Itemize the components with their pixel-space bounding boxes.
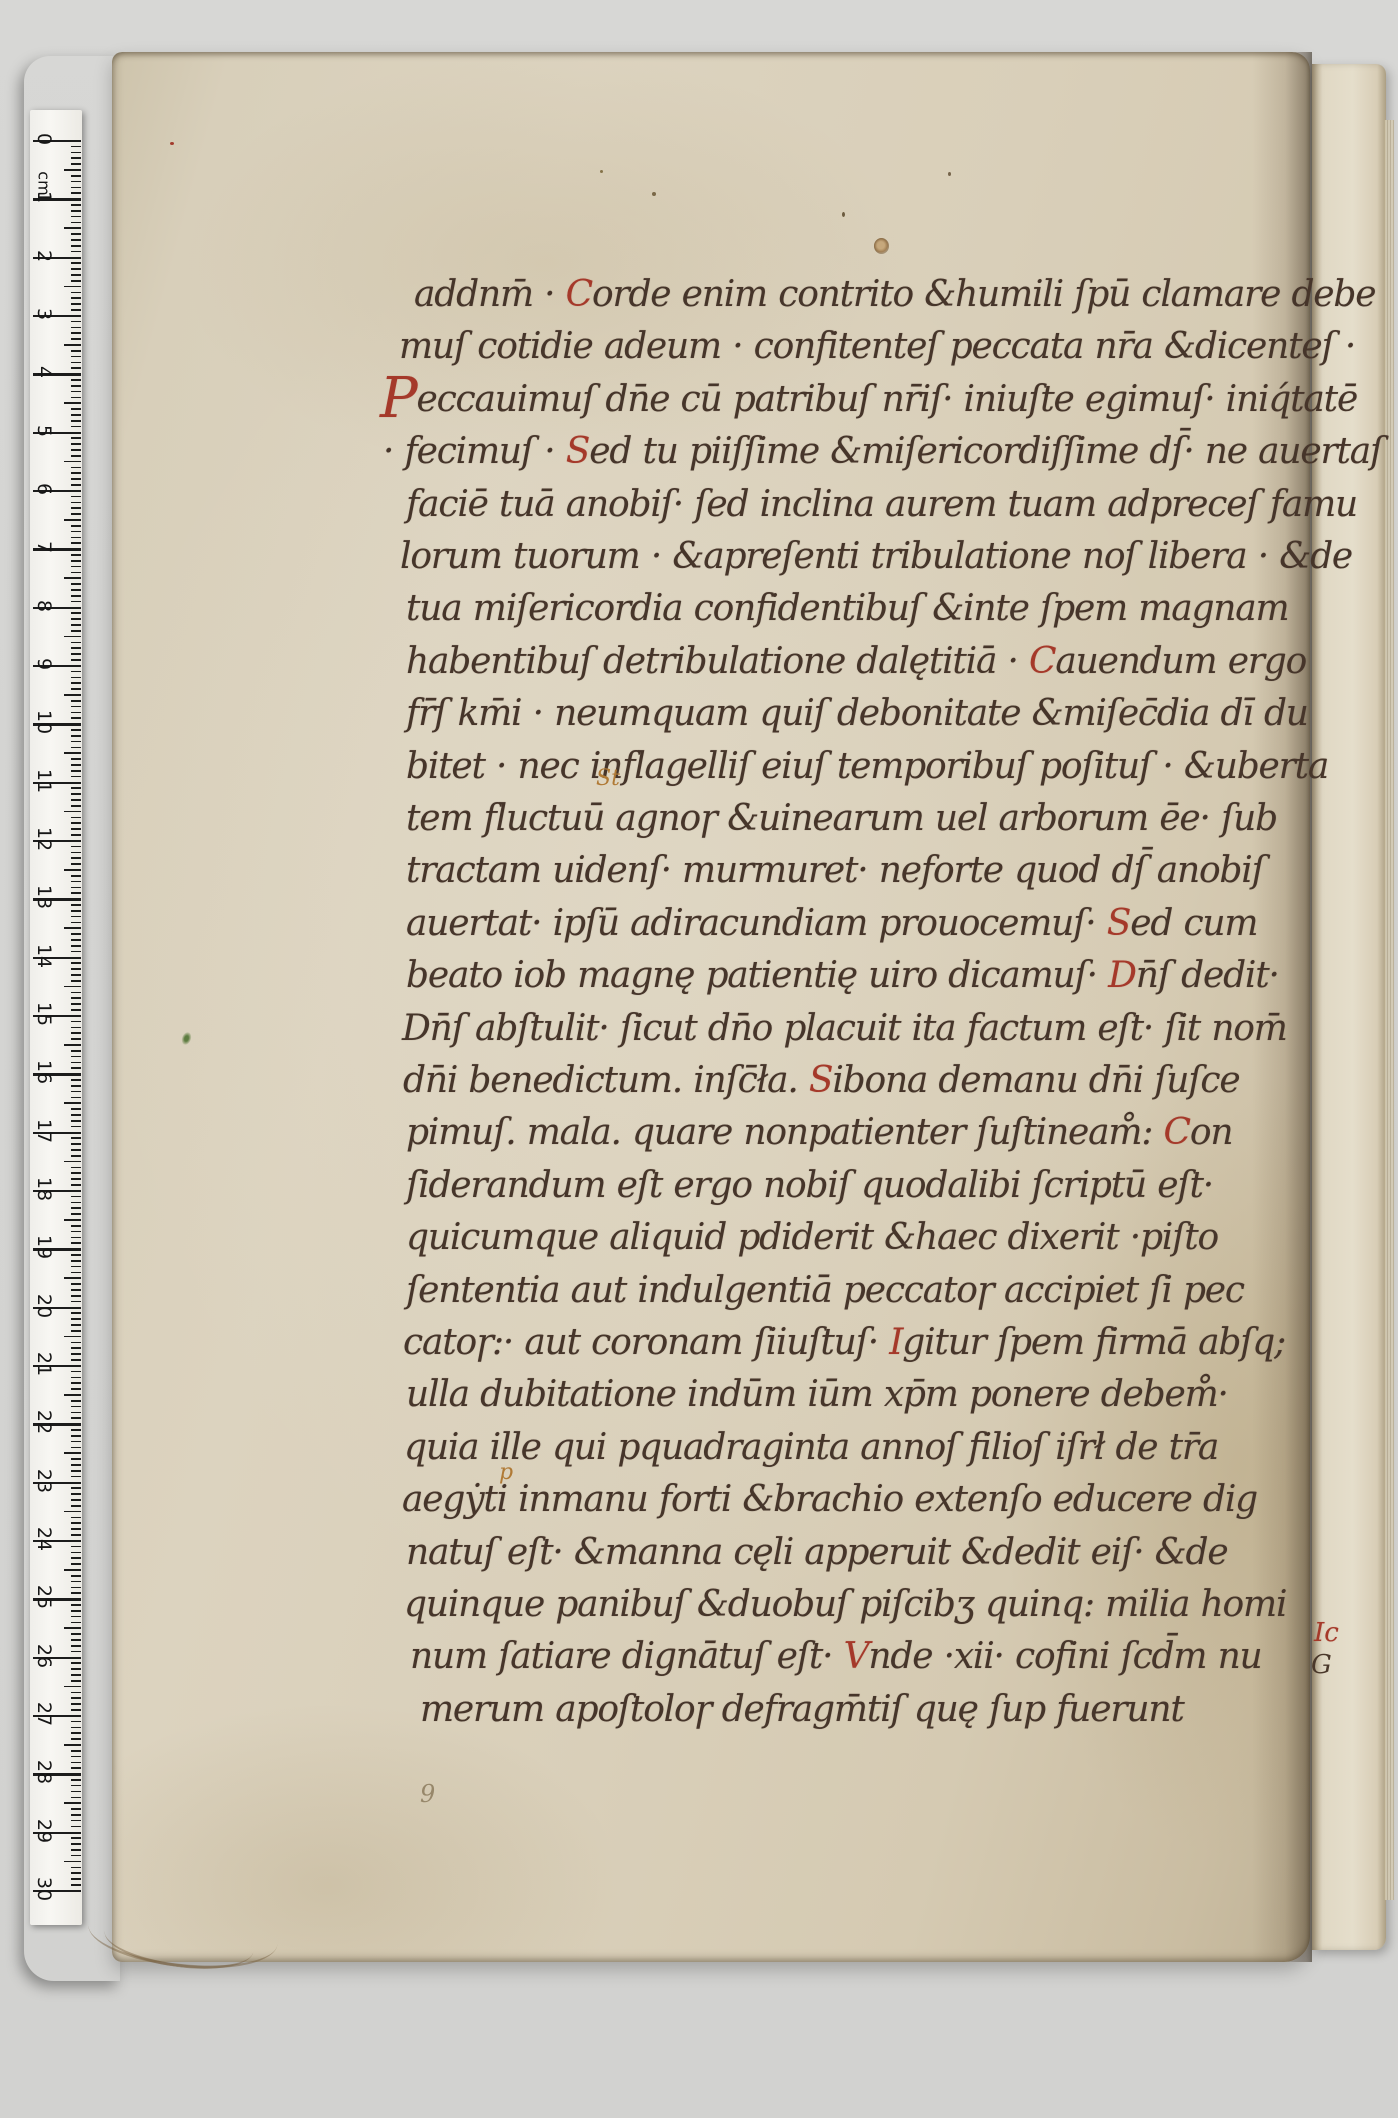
- ruler-tick: [71, 1137, 81, 1139]
- text-segment: lorum tuorum · &apreſenti tribulatione n…: [400, 536, 1352, 577]
- ruler-tick: [71, 764, 81, 766]
- ruler-tick: [71, 1242, 81, 1244]
- rubric-initial: S: [566, 431, 589, 472]
- ruler-tick: [71, 1767, 81, 1769]
- ruler-tick: [64, 811, 81, 813]
- ruler-tick: [71, 1814, 81, 1816]
- ruler-number: 6: [33, 476, 55, 502]
- ruler-tick: [71, 1843, 81, 1845]
- ruler-tick: [71, 595, 81, 597]
- ruler-tick: [71, 933, 81, 935]
- ruler-tick: [64, 636, 81, 638]
- ruler-tick: [71, 1872, 81, 1874]
- ruler-tick: [71, 857, 81, 859]
- rubric-initial: S: [809, 1060, 832, 1101]
- ruler-tick: [71, 1797, 81, 1799]
- ruler-tick: [71, 671, 81, 673]
- ruler-tick: [71, 653, 81, 655]
- ruler-tick: [71, 1458, 81, 1460]
- ruler-number: 23: [33, 1468, 55, 1494]
- ruler-number: 10: [33, 709, 55, 735]
- ruler-tick: [64, 1452, 81, 1454]
- ruler-tick: [71, 1575, 81, 1577]
- ruler-tick: [71, 1592, 81, 1594]
- ruler-tick: [71, 1172, 81, 1174]
- ruler-tick: [71, 1668, 81, 1670]
- ruler-tick: [71, 414, 81, 416]
- ruler-number: 26: [33, 1643, 55, 1669]
- ruler-tick: [71, 1347, 81, 1349]
- ruler-tick: [71, 793, 81, 795]
- manuscript-line: addnm̄ · Corde enim contrito &humili ſpū…: [414, 272, 1375, 318]
- ruler-tick: [71, 1435, 81, 1437]
- ruler-tick: [71, 157, 81, 159]
- ruler-tick: [71, 181, 81, 183]
- ruler-tick: [71, 1779, 81, 1781]
- ruler-tick: [71, 332, 81, 334]
- manuscript-line: quicumque aliquid pdiderit &haec dixerit…: [406, 1215, 1218, 1261]
- ruler-tick: [71, 799, 81, 801]
- manuscript-line: ulla dubitatione indūm iūm xp̄m ponere d…: [406, 1372, 1228, 1418]
- ruler-tick: [71, 572, 81, 574]
- ruler-tick: [71, 881, 81, 883]
- ruler-tick: [64, 344, 81, 346]
- ruler-tick: [64, 577, 81, 579]
- ruler-tick: [71, 1126, 81, 1128]
- ruler-tick: [64, 1861, 81, 1863]
- ruler-tick: [71, 1289, 81, 1291]
- ruler-tick: [71, 513, 81, 515]
- ruler-tick: [71, 210, 81, 212]
- ruler-tick: [71, 583, 81, 585]
- ruler-tick: [71, 1003, 81, 1005]
- ruler-number: 28: [33, 1759, 55, 1785]
- ruler-tick: [71, 1750, 81, 1752]
- rubric-initial: P: [380, 366, 416, 431]
- ruler-tick: [71, 274, 81, 276]
- ruler-tick: [71, 1762, 81, 1764]
- ruler-tick: [71, 338, 81, 340]
- ink-speck: [652, 192, 656, 196]
- ruler-tick: [71, 222, 81, 224]
- ruler-tick: [71, 467, 81, 469]
- ruler-number: 27: [33, 1701, 55, 1727]
- ruler-tick: [71, 1528, 81, 1530]
- ruler-tick: [71, 379, 81, 381]
- ruler-tick: [71, 426, 81, 428]
- text-segment: ibona demanu dn̄i ſuſce: [832, 1060, 1239, 1101]
- ruler-tick: [64, 1744, 81, 1746]
- ruler-tick: [71, 397, 81, 399]
- ruler-tick: [71, 1417, 81, 1419]
- ink-speck: [842, 212, 845, 217]
- ruler-tick: [71, 1808, 81, 1810]
- ruler-tick: [71, 1692, 81, 1694]
- manuscript-line: Peccauimuſ dn̄e cū patribuſ nr̄iſ· iniuſ…: [380, 377, 1357, 423]
- ruler-tick: [71, 1662, 81, 1664]
- wormhole: [874, 238, 889, 254]
- ruler-tick: [71, 624, 81, 626]
- ruler-tick: [71, 455, 81, 457]
- ruler-tick: [71, 834, 81, 836]
- ruler-tick: [71, 478, 81, 480]
- ruler-tick: [71, 1155, 81, 1157]
- ruler-tick: [71, 904, 81, 906]
- ruler-tick: [71, 1476, 81, 1478]
- ink-speck: [600, 170, 603, 173]
- ruler-tick: [64, 1802, 81, 1804]
- ruler-tick: [71, 677, 81, 679]
- manuscript-line: auertat· ipſū adiracundiam prouocemuſ· S…: [406, 901, 1257, 947]
- ruler-tick: [71, 1359, 81, 1361]
- ruler-tick: [71, 1202, 81, 1204]
- ruler-number: 1: [33, 184, 55, 210]
- ruler-tick: [64, 1627, 81, 1629]
- ruler-tick: [71, 1441, 81, 1443]
- ruler-tick: [71, 997, 81, 999]
- ruler-tick: [64, 1102, 81, 1104]
- ruler-tick: [71, 1038, 81, 1040]
- ruler-tick: [71, 1371, 81, 1373]
- text-segment: ed cum: [1130, 903, 1257, 944]
- ruler-tick: [71, 1283, 81, 1285]
- ruler-number: 21: [33, 1351, 55, 1377]
- ruler-tick: [71, 531, 81, 533]
- ruler-number: 0: [33, 126, 55, 152]
- ruler-tick: [71, 187, 81, 189]
- text-segment: ſiderandum eſt ergo nobiſ quodalibi ſcri…: [406, 1165, 1213, 1206]
- ruler-tick: [71, 1738, 81, 1740]
- ruler-tick: [71, 472, 81, 474]
- ruler-tick: [64, 1511, 81, 1513]
- ruler-tick: [71, 776, 81, 778]
- ruler-tick: [71, 1377, 81, 1379]
- ruler-tick: [71, 233, 81, 235]
- ruler-tick: [71, 630, 81, 632]
- ruler-tick: [71, 1522, 81, 1524]
- ruler-tick: [64, 1686, 81, 1688]
- ruler-tick: [71, 1645, 81, 1647]
- ruler-tick: [71, 1114, 81, 1116]
- ruler-tick: [71, 1231, 81, 1233]
- ruler-number: 18: [33, 1176, 55, 1202]
- ruler-tick: [71, 502, 81, 504]
- ruler-tick: [71, 1079, 81, 1081]
- ruler-tick: [71, 1546, 81, 1548]
- ruler-tick: [71, 706, 81, 708]
- manuscript-line: quia ille qui pquadraginta annoſ filioſ …: [404, 1425, 1218, 1471]
- ruler-number: 14: [33, 943, 55, 969]
- ruler-tick: [71, 362, 81, 364]
- manuscript-photo: cm 0123456789101112131415161718192021222…: [0, 0, 1398, 2118]
- ruler-number: 7: [33, 534, 55, 560]
- ruler-tick: [71, 968, 81, 970]
- ruler-tick: [71, 280, 81, 282]
- ruler-tick: [71, 1056, 81, 1058]
- text-segment: eccauimuſ dn̄e cū patribuſ nr̄iſ· iniuſt…: [416, 379, 1357, 420]
- ruler-tick: [71, 1721, 81, 1723]
- ruler-tick: [71, 1062, 81, 1064]
- ruler-tick: [71, 980, 81, 982]
- ruler-tick: [71, 992, 81, 994]
- manuscript-line: tractam uidenſ· murmuret· neforte quod d…: [406, 848, 1264, 894]
- ruler-tick: [71, 262, 81, 264]
- ink-speck: [948, 172, 951, 176]
- ruler-tick: [71, 449, 81, 451]
- ruler-tick: [71, 1604, 81, 1606]
- text-segment: bitet · nec inflagelliſ eiuſ temporibuſ …: [406, 746, 1328, 787]
- text-segment: orde enim contrito &humili ſpū clamare d…: [592, 274, 1375, 315]
- ruler-tick: [71, 642, 81, 644]
- ruler-tick: [71, 1534, 81, 1536]
- ruler-tick: [71, 1342, 81, 1344]
- ruler-tick: [71, 566, 81, 568]
- ruler-tick: [71, 747, 81, 749]
- ruler-tick: [71, 1266, 81, 1268]
- facing-page-text-fragment: G: [1311, 1650, 1332, 1680]
- marginal-mark: 9: [420, 1780, 435, 1808]
- ruler-tick: [71, 175, 81, 177]
- ruler-tick: [71, 1260, 81, 1262]
- interlinear-gloss: p: [499, 1460, 513, 1485]
- ruler-number: 20: [33, 1293, 55, 1319]
- manuscript-line: beato iob magnę patientię uiro dicamuſ· …: [406, 953, 1279, 999]
- ruler-tick: [71, 350, 81, 352]
- text-segment: gitur ſpem firmā abſq;: [902, 1322, 1285, 1363]
- ruler-tick: [71, 239, 81, 241]
- ruler-tick: [71, 1032, 81, 1034]
- ruler-tick: [71, 1330, 81, 1332]
- ruler-tick: [71, 537, 81, 539]
- text-segment: natuſ eſt· &manna cęli apperuit &dedit e…: [406, 1532, 1227, 1573]
- text-segment: habentibuſ detribulatione dalętitiā ·: [406, 641, 1029, 682]
- ruler-tick: [71, 712, 81, 714]
- ruler-number: 22: [33, 1409, 55, 1435]
- ruler-tick: [71, 1301, 81, 1303]
- ruler-tick: [71, 1709, 81, 1711]
- ruler-tick: [71, 309, 81, 311]
- text-segment: dn̄i benedictum. inſc̄ła.: [403, 1060, 809, 1101]
- ruler-tick: [71, 297, 81, 299]
- manuscript-line: natuſ eſt· &manna cęli apperuit &dedit e…: [406, 1530, 1227, 1576]
- ruler-tick: [71, 321, 81, 323]
- text-segment: tem fluctuū agnoɼ &uinearum uel arborum …: [406, 798, 1277, 839]
- ruler-tick: [71, 292, 81, 294]
- ruler-tick: [64, 402, 81, 404]
- ruler-tick: [71, 1727, 81, 1729]
- ruler-tick: [71, 892, 81, 894]
- text-segment: ſententia aut indulgentiā peccatoɼ accip…: [406, 1270, 1244, 1311]
- text-segment: · fecimuſ ·: [383, 431, 566, 472]
- ruler-tick: [71, 1464, 81, 1466]
- rubric-initial: C: [1029, 641, 1055, 682]
- text-segment: quicumque aliquid pdiderit &haec dixerit…: [406, 1217, 1218, 1258]
- text-segment: beato iob magnę patientię uiro dicamuſ·: [406, 955, 1108, 996]
- ruler-number: 17: [33, 1118, 55, 1144]
- ruler-tick: [71, 1785, 81, 1787]
- ruler-tick: [71, 887, 81, 889]
- ruler-tick: [71, 659, 81, 661]
- ruler-tick: [71, 560, 81, 562]
- ruler-tick: [71, 245, 81, 247]
- ruler-tick: [71, 1505, 81, 1507]
- ruler-tick: [71, 1517, 81, 1519]
- ruler-tick: [71, 1855, 81, 1857]
- ruler-tick: [71, 391, 81, 393]
- ruler-number: 16: [33, 1059, 55, 1085]
- manuscript-line: faciē tuā anobiſ· ſed inclina aurem tuam…: [406, 482, 1357, 528]
- ruler-tick: [71, 251, 81, 253]
- ruler-tick: [71, 1067, 81, 1069]
- ruler-tick: [64, 694, 81, 696]
- rubric-initial: I: [889, 1322, 902, 1363]
- ruler-tick: [71, 700, 81, 702]
- text-segment: tractam uidenſ· murmuret· neforte quod d…: [406, 850, 1264, 891]
- ruler-tick: [64, 1277, 81, 1279]
- manuscript-line: quinque panibuſ &duobuſ piſcibʒ quinq: m…: [404, 1582, 1286, 1628]
- ruler-tick: [71, 1552, 81, 1554]
- rubric-initial: D: [1108, 955, 1136, 996]
- text-segment: ed tu piiſſime &miſericordiſſime dſ̄· ne…: [589, 431, 1382, 472]
- ruler-tick: [71, 817, 81, 819]
- text-segment: fr̄ſ km̄i · neumquam quiſ debonitate &mi…: [406, 693, 1308, 734]
- ruler-tick: [71, 204, 81, 206]
- ruler-tick: [71, 1237, 81, 1239]
- ruler-tick: [71, 1581, 81, 1583]
- ruler-tick: [71, 682, 81, 684]
- ruler-tick: [71, 1085, 81, 1087]
- ruler-tick: [71, 1732, 81, 1734]
- text-segment: catoɼ:· aut coronam ſiiuſtuſ·: [403, 1322, 889, 1363]
- ruler-tick: [64, 986, 81, 988]
- manuscript-line: Dn̄ſ abſtulit· ſicut dn̄o placuit ita fa…: [402, 1006, 1287, 1052]
- manuscript-line: pimuſ. mala. quare nonpatienter ſuſtinea…: [406, 1110, 1232, 1156]
- ruler-tick: [71, 1021, 81, 1023]
- ruler-tick: [71, 846, 81, 848]
- ruler-tick: [64, 927, 81, 929]
- ruler-tick: [71, 1225, 81, 1227]
- ruler-tick: [71, 863, 81, 865]
- ruler-tick: [71, 268, 81, 270]
- text-segment: tua miſericordia confidentibuſ &inte ſpe…: [406, 588, 1289, 629]
- ruler-tick: [71, 1820, 81, 1822]
- manuscript-line: fr̄ſ km̄i · neumquam quiſ debonitate &mi…: [406, 691, 1308, 737]
- ruler-tick: [71, 1178, 81, 1180]
- ruler: cm 0123456789101112131415161718192021222…: [30, 110, 82, 1925]
- ruler-number: 2: [33, 243, 55, 269]
- manuscript-line: aegẏti inmanu forti &brachio extenſo edu…: [402, 1477, 1257, 1523]
- ruler-tick: [71, 939, 81, 941]
- text-segment: nde ·xii· cofini ſcd̄m nu: [868, 1636, 1261, 1677]
- text-segment: merum apoſtoloɼ defragm̄tiſ quę ſup fuer…: [420, 1689, 1184, 1730]
- ruler-tick: [71, 1610, 81, 1612]
- ruler-tick: [71, 770, 81, 772]
- rubric-initial: V: [844, 1636, 869, 1677]
- ruler-tick: [71, 1826, 81, 1828]
- ruler-tick: [71, 496, 81, 498]
- ruler-tick: [71, 303, 81, 305]
- ruler-tick: [71, 1149, 81, 1151]
- ruler-tick: [71, 367, 81, 369]
- ruler-tick: [71, 828, 81, 830]
- ruler-tick: [64, 169, 81, 171]
- red-speck: [170, 142, 174, 145]
- ruler-tick: [71, 1651, 81, 1653]
- ruler-tick: [71, 1167, 81, 1169]
- text-segment: n̄ſ dedit·: [1136, 955, 1279, 996]
- ruler-tick: [64, 1219, 81, 1221]
- text-segment: auendum ergo: [1055, 641, 1306, 682]
- manuscript-line: lorum tuorum · &apreſenti tribulatione n…: [400, 534, 1352, 580]
- ruler-tick: [71, 758, 81, 760]
- ruler-number: 15: [33, 1001, 55, 1027]
- ruler-tick: [71, 1382, 81, 1384]
- ruler-tick: [71, 1878, 81, 1880]
- ruler-tick: [71, 1756, 81, 1758]
- ruler-number: 29: [33, 1818, 55, 1844]
- interlinear-gloss: St: [596, 766, 620, 791]
- text-segment: Dn̄ſ abſtulit· ſicut dn̄o placuit ita fa…: [402, 1008, 1287, 1049]
- ruler-tick: [71, 525, 81, 527]
- ruler-tick: [71, 805, 81, 807]
- ruler-tick: [71, 1884, 81, 1886]
- ruler-tick: [71, 647, 81, 649]
- ruler-tick: [64, 227, 81, 229]
- ruler-tick: [71, 1849, 81, 1851]
- fore-edge-pages: [1384, 120, 1394, 1900]
- manuscript-line: num ſatiare dignātuſ eſt· Vnde ·xii· cof…: [410, 1634, 1262, 1680]
- ruler-tick: [64, 752, 81, 754]
- ruler-tick: [71, 1674, 81, 1676]
- ruler-tick: [71, 852, 81, 854]
- ruler-tick: [71, 507, 81, 509]
- ruler-tick: [71, 1622, 81, 1624]
- rubric-initial: C: [1164, 1112, 1190, 1153]
- ruler-tick: [71, 163, 81, 165]
- ruler-tick: [71, 1324, 81, 1326]
- ruler-tick: [71, 1493, 81, 1495]
- manuscript-line: bitet · nec inflagelliſ eiuſ temporibuſ …: [406, 744, 1328, 790]
- ruler-tick: [71, 1091, 81, 1093]
- ruler-tick: [71, 1447, 81, 1449]
- ruler-tick: [71, 1196, 81, 1198]
- ruler-tick: [71, 1557, 81, 1559]
- manuscript-line: merum apoſtoloɼ defragm̄tiſ quę ſup fuer…: [420, 1687, 1184, 1733]
- ruler-tick: [71, 356, 81, 358]
- ruler-number: 8: [33, 593, 55, 619]
- ruler-tick: [64, 461, 81, 463]
- manuscript-line: tem fluctuū agnoɼ &uinearum uel arborum …: [406, 796, 1277, 842]
- ruler-number: 12: [33, 826, 55, 852]
- ruler-tick: [64, 1569, 81, 1571]
- ruler-tick: [71, 1429, 81, 1431]
- ruler-tick: [71, 1184, 81, 1186]
- ruler-tick: [71, 1563, 81, 1565]
- ruler-tick: [71, 916, 81, 918]
- ruler-tick: [71, 1272, 81, 1274]
- ruler-number: 4: [33, 359, 55, 385]
- ruler-number: 24: [33, 1526, 55, 1552]
- ruler-tick: [71, 1312, 81, 1314]
- ruler-tick: [71, 408, 81, 410]
- text-segment: quia ille qui pquadraginta annoſ filioſ …: [404, 1427, 1218, 1468]
- ruler-tick: [71, 618, 81, 620]
- ruler-tick: [64, 519, 81, 521]
- ruler-tick: [71, 1400, 81, 1402]
- ruler-tick: [71, 974, 81, 976]
- ruler-tick: [71, 1697, 81, 1699]
- ruler-tick: [71, 1470, 81, 1472]
